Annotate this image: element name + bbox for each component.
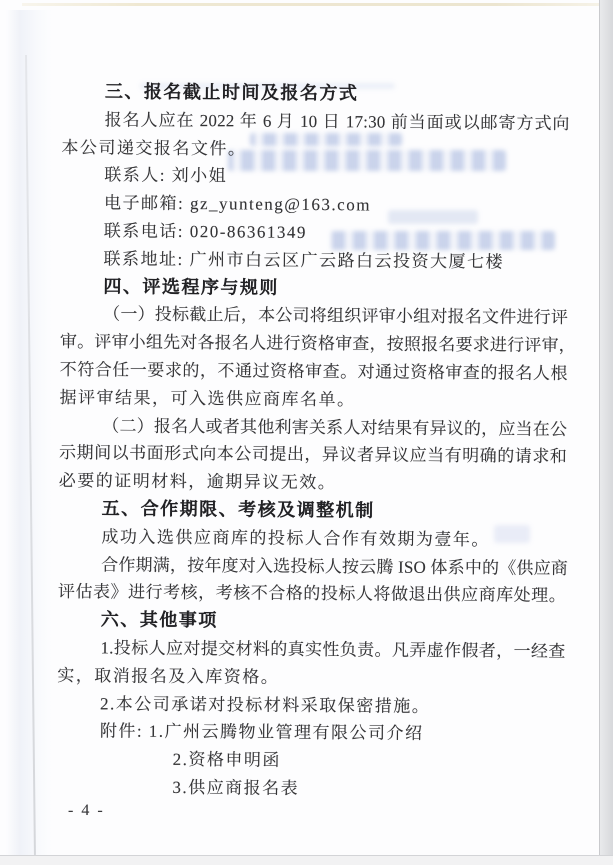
attachments-line: 附件: 1.广州云腾物业管理有限公司介绍 (57, 717, 565, 749)
text-line: 合作期满，按年度对入选投标人按云腾 ISO 体系中的《供应商 (58, 551, 566, 583)
text-line: 报名人应在 2022 年 6 月 10 日 17:30 前当面或以邮寄方式向 (62, 106, 570, 138)
section-heading-3: 三、报名截止时间及报名方式 (62, 78, 570, 110)
section-heading-4: 四、评选程序与规则 (60, 273, 568, 305)
text-line: 1.投标人应对提交材料的真实性负责。凡弄虚作假者，一经查 (57, 634, 565, 666)
section-heading-6: 六、其他事项 (58, 606, 566, 638)
text-line: 本公司递交报名文件。 (61, 134, 569, 166)
section-heading-5: 五、合作期限、考核及调整机制 (59, 495, 567, 527)
scan-right-edge (599, 0, 613, 865)
attachment-item: 3.供应商报名表 (56, 773, 564, 805)
text-line: （二）报名人或者其他利害关系人对结果有异议的，应当在公 (59, 412, 567, 444)
text-line: 据评审结果，可入选供应商库名单。 (59, 384, 567, 416)
text-line: 不符合任一要求的，不通过资格审查。对通过资格审查的报名人根 (60, 356, 568, 388)
contact-address-line: 联系地址: 广州市白云区广云路白云投资大厦七楼 (60, 245, 568, 277)
contact-phone-line: 联系电话: 020-86361349 (61, 217, 569, 249)
page-number: - 4 - (68, 802, 105, 820)
text-line: 2.本公司承诺对投标材料采取保密措施。 (57, 690, 565, 722)
scanned-document-page: { "doc": { "lines": [ "三、报名截止时间及报名方式", "… (0, 0, 613, 865)
text-line: 审。评审小组先对各报名人进行资格审查，按照报名要求进行评审， (60, 328, 568, 360)
text-line: 实，取消报名及入库资格。 (57, 662, 565, 694)
contact-email-line: 电子邮箱: gz_yunteng@163.com (61, 189, 569, 221)
contact-person-line: 联系人: 刘小姐 (61, 161, 569, 193)
document-text-block: 三、报名截止时间及报名方式 报名人应在 2022 年 6 月 10 日 17:3… (56, 78, 570, 805)
text-line: （一）投标截止后，本公司将组织评审小组对报名文件进行评 (60, 300, 568, 332)
text-line: 示期间以书面形式向本公司提出，异议者异议应当有明确的请求和 (59, 439, 567, 471)
text-line: 必要的证明材料，逾期异议无效。 (59, 467, 567, 499)
text-line: 成功入选供应商库的投标人合作有效期为壹年。 (58, 523, 566, 555)
scan-bottom-edge (0, 855, 613, 865)
scan-top-edge (22, 3, 613, 6)
text-line: 评估表》进行考核，考核不合格的投标人将做退出供应商库处理。 (58, 578, 566, 610)
attachment-item: 2.资格申明函 (57, 745, 565, 777)
